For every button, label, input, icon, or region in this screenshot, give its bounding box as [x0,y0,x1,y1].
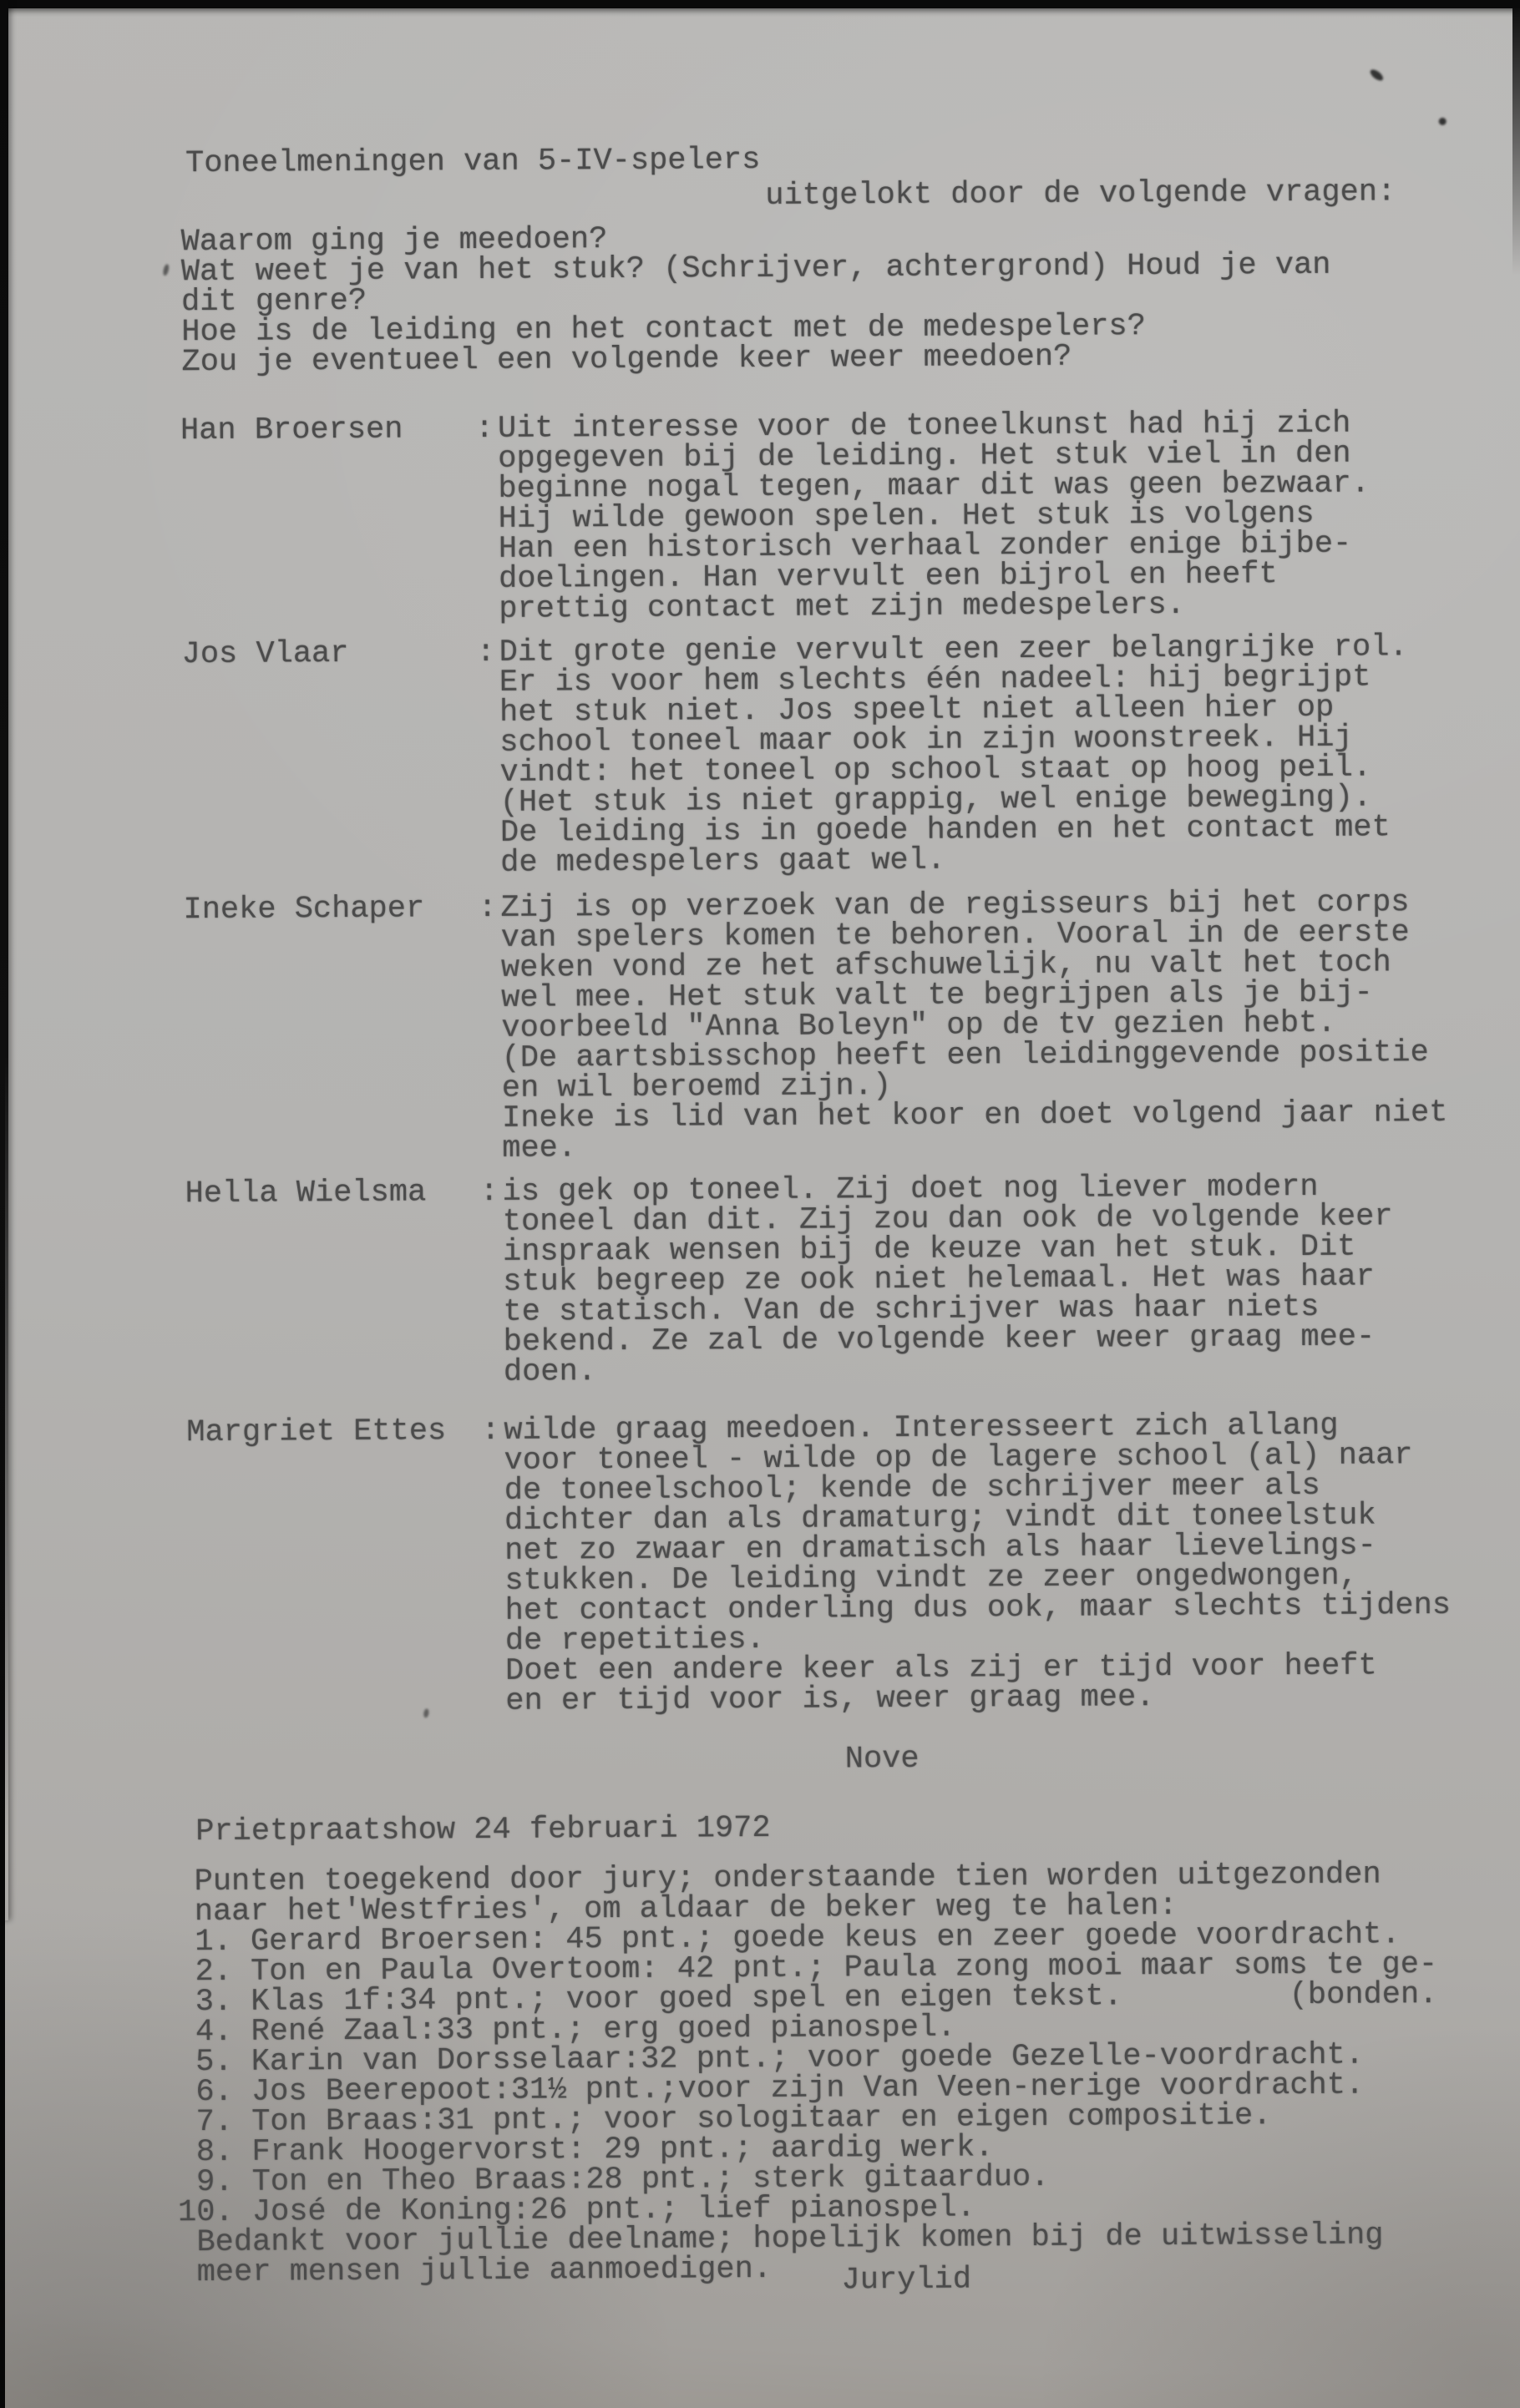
interview-entry: Jos Vlaar : Dit grote genie vervult een … [182,632,1410,880]
interview-name: Margriet Ettes [186,1416,483,1718]
questions-block: Waarom ging je meedoen? Wat weet je van … [180,220,1331,377]
document-subtitle: uitgelokt door de volgende vragen: [765,177,1396,211]
interview-entry: Ineke Schaper : Zij is op verzoek van de… [183,888,1447,1166]
scanned-page: Toneelmeningen van 5-IV-spelers uitgelok… [0,0,1520,2408]
show-closing: Bedankt voor jullie deelname; hopelijk k… [178,2220,1384,2288]
interview-text: is gek op toneel. Zij doet nog liever mo… [502,1171,1393,1388]
document-title: Toneelmeningen van 5-IV-spelers [185,145,761,179]
signature-jurylid: Jurylid [841,2264,971,2295]
interview-colon: : [481,1416,505,1717]
interview-name: Ineke Schaper [183,893,479,1166]
typewritten-content: Toneelmeningen van 5-IV-spelers uitgelok… [0,0,1520,2408]
interview-text: Uit interesse voor de toneelkunst had hi… [498,408,1371,624]
interview-name: Han Broersen [180,414,477,626]
interview-text: Zij is op verzoek van de regisseurs bij … [500,888,1447,1164]
interview-name: Hella Wielsma [185,1177,481,1389]
interview-entry: Han Broersen : Uit interesse voor de ton… [180,408,1371,626]
interview-colon: : [476,638,500,878]
ink-speck [162,264,170,276]
interview-entry: Margriet Ettes : wilde graag meedoen. In… [186,1410,1452,1718]
interview-colon: : [478,893,502,1164]
show-results-list: 1. Gerard Broersen: 45 pnt.; goede keus … [176,1920,1439,2228]
ink-speck [1369,68,1386,83]
show-intro: Punten toegekend door jury; onderstaande… [194,1859,1381,1927]
interview-text: Dit grote genie vervult een zeer belangr… [499,632,1409,878]
interview-name: Jos Vlaar [182,638,479,880]
interview-entry: Hella Wielsma : is gek op toneel. Zij do… [185,1171,1393,1389]
interview-colon: : [479,1177,504,1388]
interview-colon: : [475,414,499,625]
interview-text: wilde graag meedoen. Interesseert zich a… [504,1410,1452,1717]
show-heading: Prietpraatshow 24 februari 1972 [195,1814,771,1847]
note-nove: Nove [845,1744,920,1775]
ink-speck [1439,118,1447,125]
